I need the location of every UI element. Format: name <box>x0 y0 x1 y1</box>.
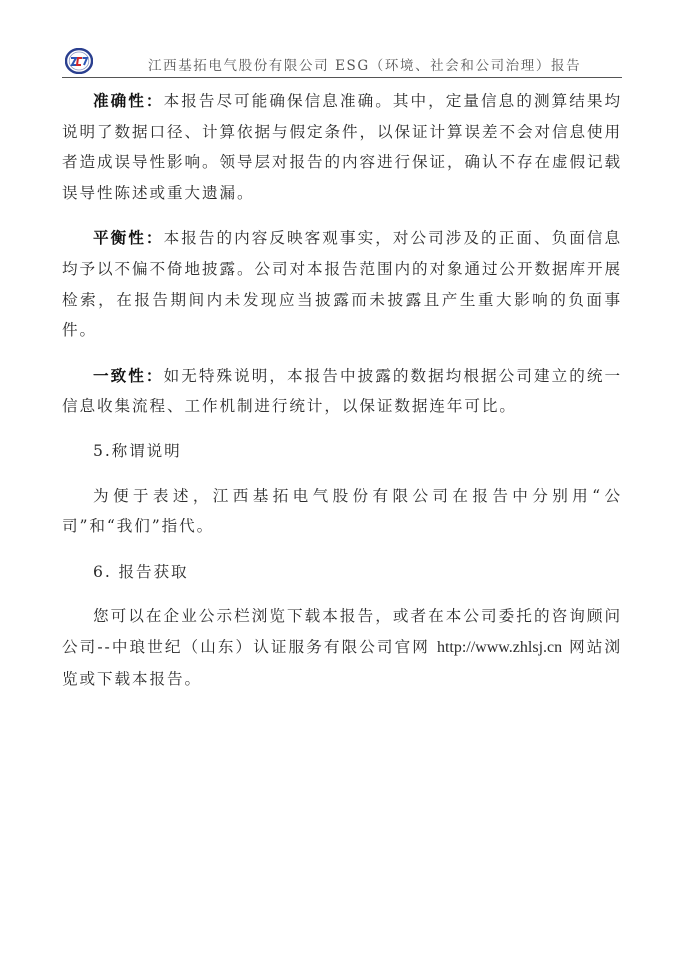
term-balance: 平衡性： <box>93 228 164 247</box>
paragraph-balance: 平衡性：本报告的内容反映客观事实，对公司涉及的正面、负面信息均予以不偏不倚地披露… <box>62 223 622 345</box>
company-logo-icon <box>65 48 93 74</box>
page-header: 江西基拓电气股份有限公司 ESG（环境、社会和公司治理）报告 <box>62 46 622 78</box>
header-title: 江西基拓电气股份有限公司 ESG（环境、社会和公司治理）报告 <box>148 54 581 74</box>
paragraph-access: 您可以在企业公示栏浏览下载本报告，或者在本公司委托的咨询顾问公司--中琅世纪（山… <box>62 601 622 694</box>
term-consistency: 一致性： <box>93 366 164 385</box>
document-body: 准确性：本报告尽可能确保信息准确。其中，定量信息的测算结果均说明了数据口径、计算… <box>62 86 622 709</box>
paragraph-accuracy: 准确性：本报告尽可能确保信息准确。其中，定量信息的测算结果均说明了数据口径、计算… <box>62 86 622 208</box>
term-accuracy: 准确性： <box>93 91 164 110</box>
website-link[interactable]: http://www.zhlsj.cn <box>437 639 562 656</box>
section-heading-naming: 5.称谓说明 <box>62 436 622 467</box>
section-heading-access: 6. 报告获取 <box>62 557 622 588</box>
paragraph-naming: 为便于表述，江西基拓电气股份有限公司在报告中分别用“公司”和“我们”指代。 <box>62 481 622 542</box>
paragraph-consistency: 一致性：如无特殊说明，本报告中披露的数据均根据公司建立的统一信息收集流程、工作机… <box>62 361 622 422</box>
